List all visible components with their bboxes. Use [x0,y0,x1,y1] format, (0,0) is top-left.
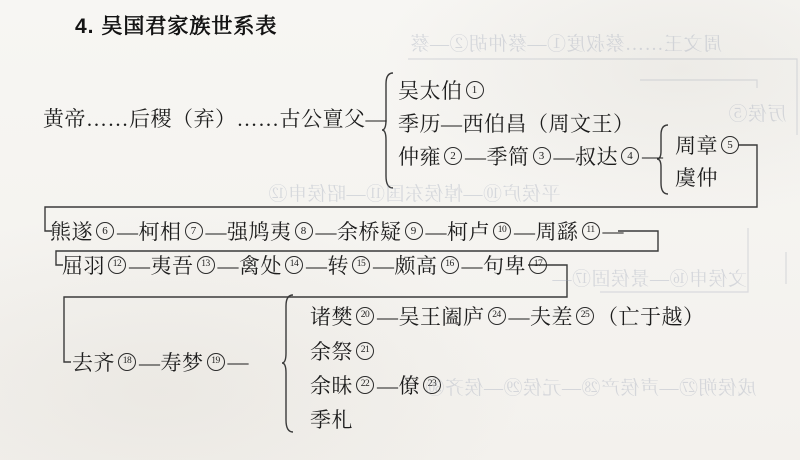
brace-shoumeng-sons [282,295,293,432]
succession-number: 24 [488,307,506,325]
person-name: —夫差 [509,301,574,331]
lineage-row-zhufan-line: 诸樊20—吴王阖庐24—夫差25（亡于越） [310,303,705,329]
person-name: —柯卢 [426,216,491,246]
person-name: 黄帝……后稷（弃）……古公亶父— [43,103,387,133]
person-name: —禽处 [218,250,283,280]
succession-number: 20 [356,307,374,325]
bleedthrough-line [640,80,757,88]
succession-number: 3 [533,147,551,165]
person-name: —强鸠夷 [206,216,292,246]
lineage-row-jizha: 季札 [310,406,353,432]
lineage-row-quqi-line: 去齐18—寿梦19— [72,349,249,375]
succession-number: 21 [356,342,374,360]
genealogy-page: 4. 吴国君家族世系表 黄帝……后稷（弃）……古公亶父—吴太伯1季历—西伯昌（周… [0,0,800,460]
person-name: —夷吾 [129,250,194,280]
succession-number: 10 [493,222,511,240]
person-name: —僚 [377,370,420,400]
person-name: —转 [306,250,349,280]
lineage-row-generation-origin: 黄帝……后稷（弃）……古公亶父— [43,105,387,131]
person-name: 季札 [310,404,353,434]
person-name: 去齐 [72,347,115,377]
page-title: 4. 吴国君家族世系表 [75,10,277,40]
person-name: —颇高 [373,250,438,280]
person-name: 吴太伯 [398,75,463,105]
bleedthrough-text: 平侯庐⑩—悼侯东国⑪—昭侯申⑫ [268,180,561,204]
succession-number: 11 [582,222,600,240]
succession-number: 8 [295,222,313,240]
succession-number: 17 [529,256,547,274]
person-name: —吴王阖庐 [377,301,485,331]
lineage-row-yuzhong: 虞仲 [675,164,718,190]
lineage-row-xiongsui-line: 熊遂6—柯相7—强鸠夷8—余桥疑9—柯卢10—周繇11— [50,218,624,244]
lineage-row-zhongyong: 仲雍2—季简3—叔达4— [398,143,664,169]
succession-number: 1 [466,81,484,99]
succession-number: 15 [352,256,370,274]
person-name: 熊遂 [50,216,93,246]
person-name: —周繇 [514,216,579,246]
lineage-row-yuji: 余祭21 [310,338,377,364]
person-name: 屈羽 [62,250,105,280]
person-name: 季历—西伯昌（周文王） [398,108,635,138]
succession-number: 25 [576,307,594,325]
person-name: —季简 [465,141,530,171]
bleedthrough-text: 周文王……蔡叔度①—蔡仲胡②—蔡 [410,30,722,54]
succession-number: 16 [441,256,459,274]
bleedthrough-text: 文侯申⑯—景侯固⑰— [552,265,747,289]
person-name: 虞仲 [675,162,718,192]
person-name: — [642,144,664,169]
lineage-row-wu-taibo: 吴太伯1 [398,77,487,103]
succession-number: 7 [185,222,203,240]
person-name: 诸樊 [310,301,353,331]
person-name: 周章 [675,130,718,160]
succession-number: 2 [444,147,462,165]
succession-number: 22 [356,376,374,394]
bleedthrough-text: 厉侯⑤ [728,100,787,124]
succession-number: 18 [118,353,136,371]
person-name: — [228,350,250,375]
person-name: —寿梦 [139,347,204,377]
lineage-row-jili: 季历—西伯昌（周文王） [398,110,635,136]
person-name: —句卑 [462,250,527,280]
lineage-row-quyu-line: 屈羽12—夷吾13—禽处14—转15—颇高16—句卑17 [62,252,550,278]
succession-number: 4 [621,147,639,165]
person-name: — [603,219,625,244]
person-name: —余桥疑 [316,216,402,246]
person-name: —叔达 [554,141,619,171]
succession-number: 12 [108,256,126,274]
person-name: —柯相 [117,216,182,246]
person-name: （亡于越） [597,301,705,331]
person-name: 仲雍 [398,141,441,171]
succession-number: 13 [197,256,215,274]
succession-number: 19 [207,353,225,371]
person-name: 余昧 [310,370,353,400]
succession-number: 6 [96,222,114,240]
succession-number: 5 [721,136,739,154]
lineage-row-zhouzhang: 周章5 [675,132,742,158]
succession-number: 9 [405,222,423,240]
person-name: 余祭 [310,336,353,366]
bleedthrough-text: 成侯朔㉗—声侯产㉘—元侯㉙—侯齐㉚ [425,374,757,398]
succession-number: 14 [285,256,303,274]
